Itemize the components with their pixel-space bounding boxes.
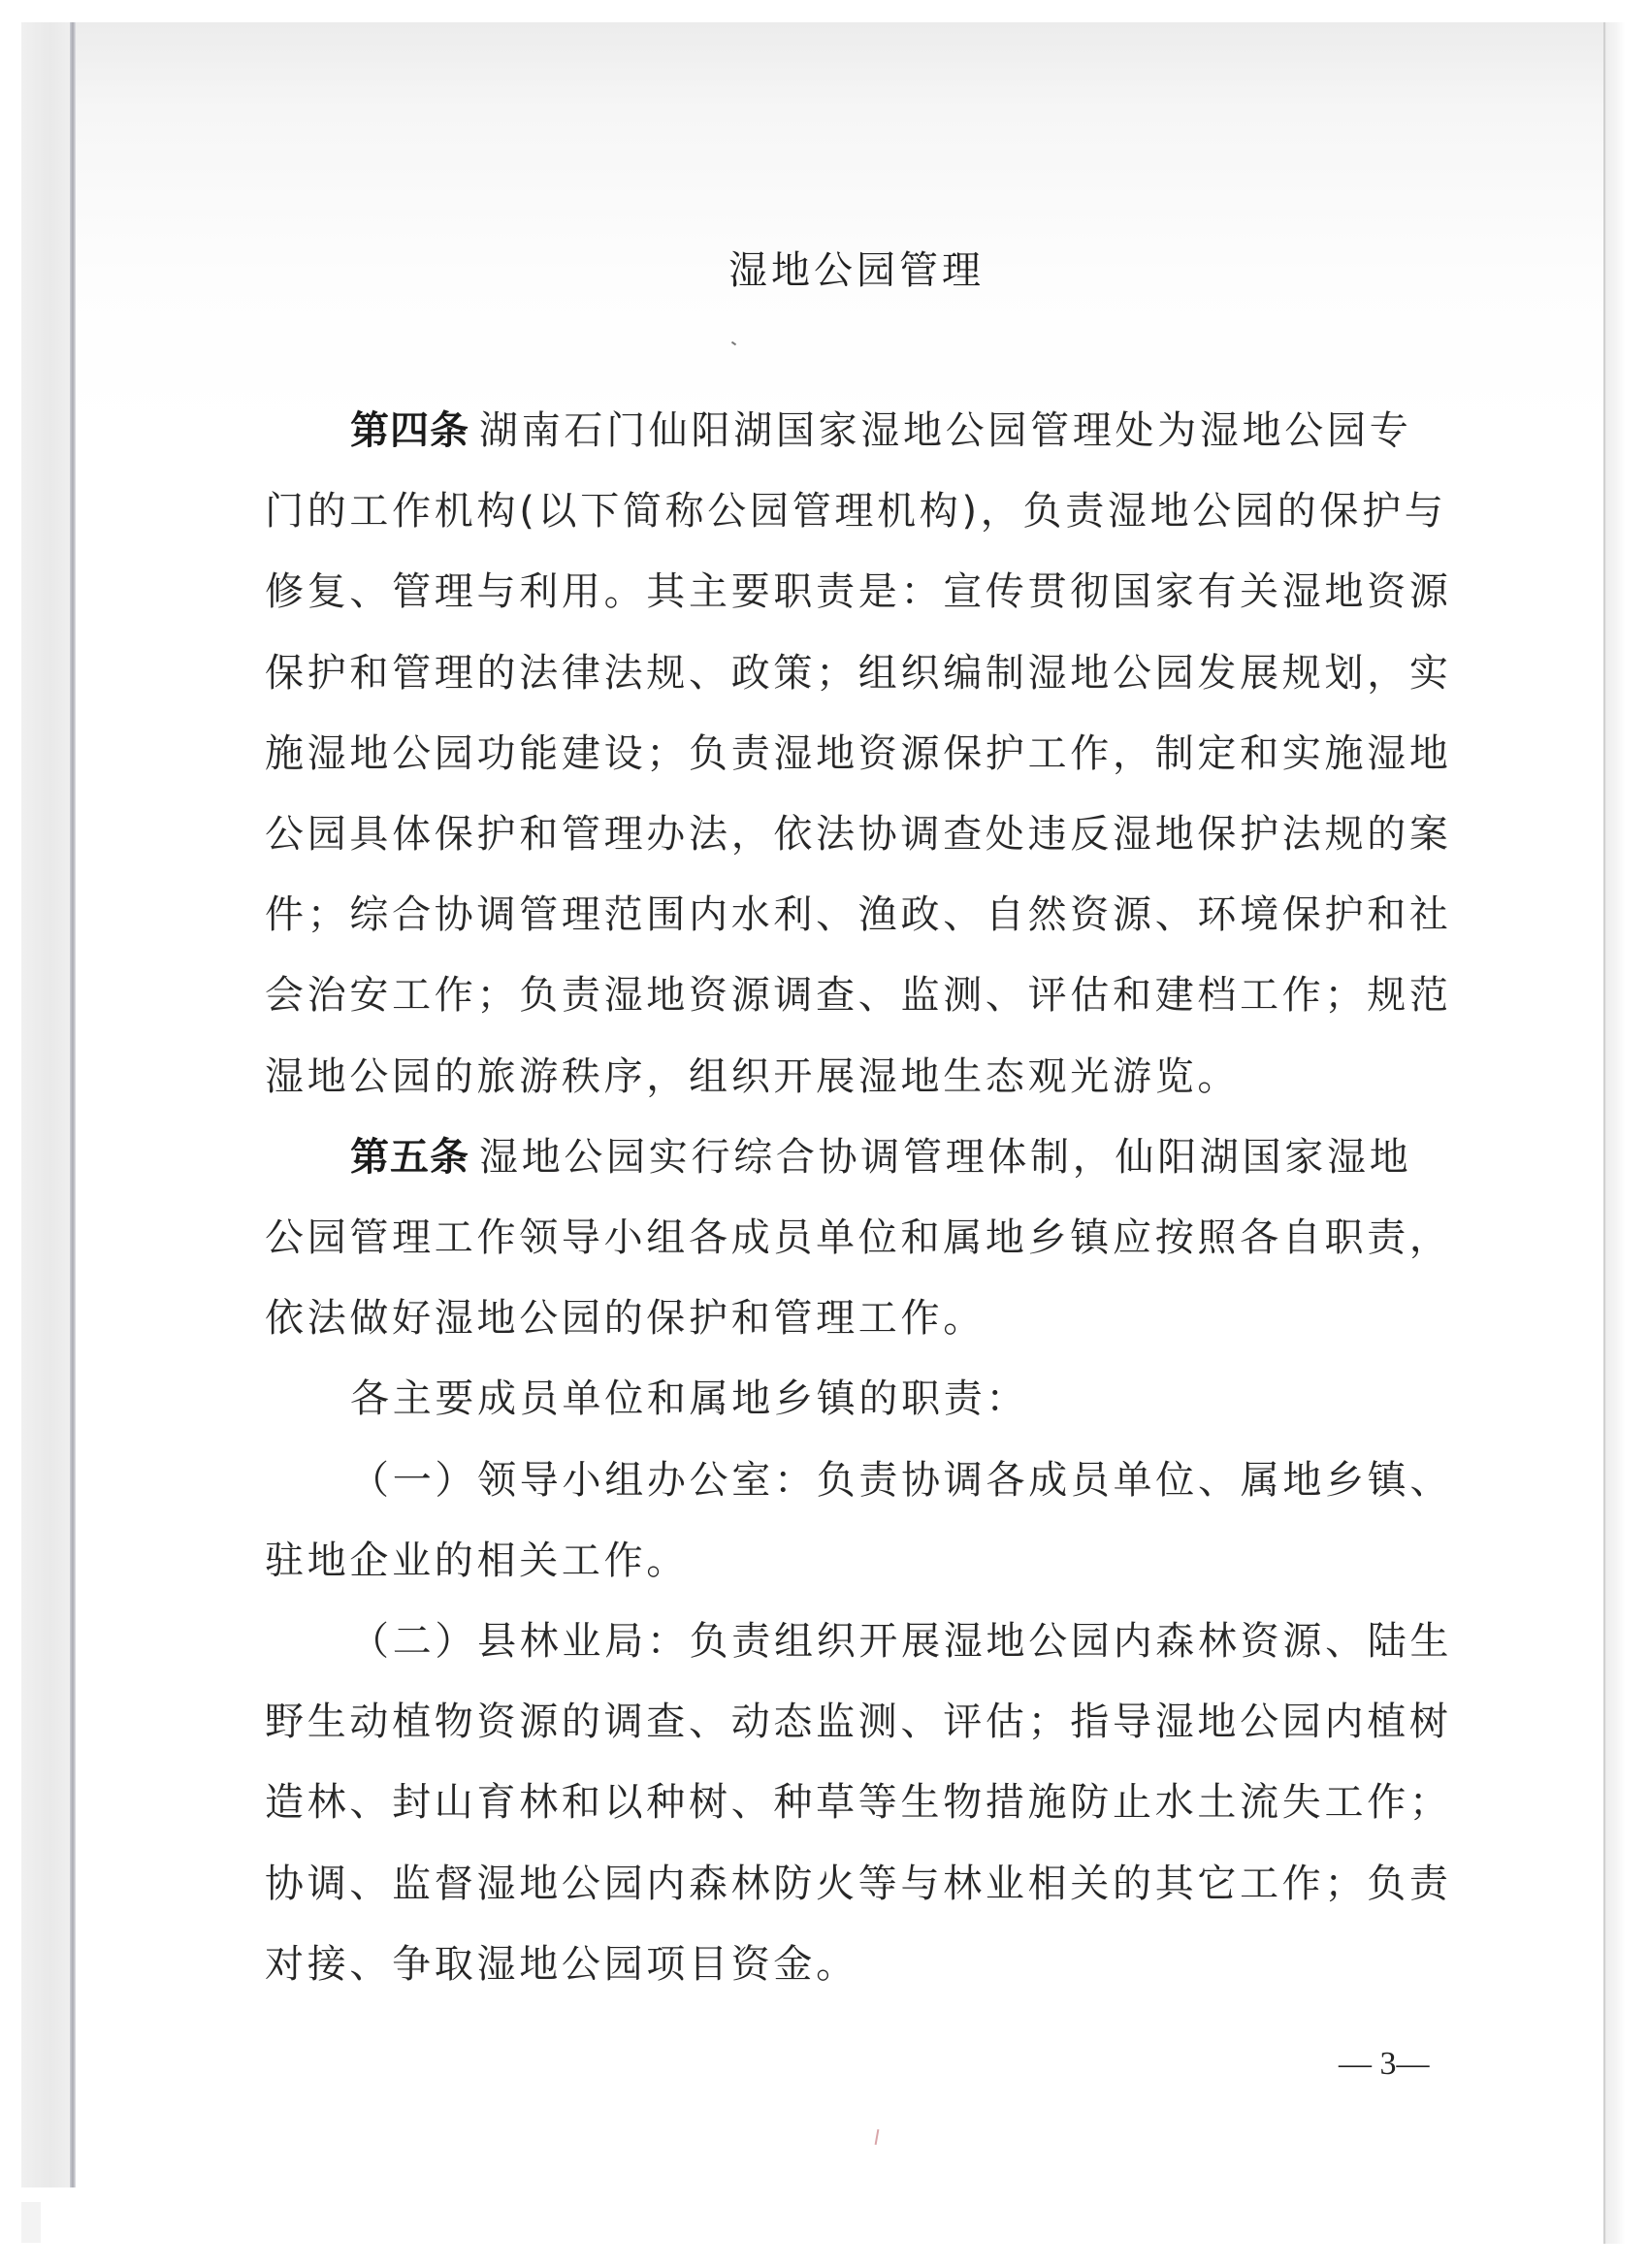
body-line: 会治安工作；负责湿地资源调查、监测、评估和建档工作；规范 [265,972,1452,1019]
body-line: 造林、封山育林和以种树、种草等生物措施防止水土流失工作； [265,1779,1452,1826]
body-line: 各主要成员单位和属地乡镇的职责： [350,1376,1028,1422]
line-text: 依法做好湿地公园的保护和管理工作。 [265,1296,986,1341]
line-text: 公园具体保护和管理办法，依法协调查处违反湿地保护法规的案 [265,812,1452,857]
body-line: 施湿地公园功能建设；负责湿地资源保护工作，制定和实施湿地 [265,730,1452,777]
body-line: 第五条湿地公园实行综合协调管理体制，仙阳湖国家湿地 [350,1134,1411,1181]
page-right-shadow [1603,22,1625,2244]
section-title: 湿地公园管理 [728,246,990,295]
line-text: 野生动植物资源的调查、动态监测、评估；指导湿地公园内植树 [265,1700,1452,1744]
line-text: 公园管理工作领导小组各成员单位和属地乡镇应按照各自职责， [265,1215,1452,1260]
line-text: 湖南石门仙阳湖国家湿地公园管理处为湿地公园专 [479,408,1411,453]
line-text: 对接、争取湿地公园项目资金。 [265,1942,858,1987]
page-right-edge [1603,22,1605,2244]
line-text: 修复、管理与利用。其主要职责是：宣传贯彻国家有关湿地资源 [265,569,1452,614]
body-line: 第四条湖南石门仙阳湖国家湿地公园管理处为湿地公园专 [350,407,1411,454]
article-number: 第四条 [350,408,469,453]
body-line: （一）领导小组办公室：负责协调各成员单位、属地乡镇、 [350,1457,1452,1504]
line-text: （一）领导小组办公室：负责协调各成员单位、属地乡镇、 [350,1458,1452,1503]
scanned-page [21,22,1625,2244]
body-line: 保护和管理的法律法规、政策；组织编制湿地公园发展规划，实 [265,650,1452,697]
body-line: 公园管理工作领导小组各成员单位和属地乡镇应按照各自职责， [265,1215,1452,1261]
line-text: 造林、封山育林和以种树、种草等生物措施防止水土流失工作； [265,1780,1452,1825]
body-line: 湿地公园的旅游秩序，组织开展湿地生态观光游览。 [265,1053,1240,1100]
line-text: 各主要成员单位和属地乡镇的职责： [350,1377,1028,1421]
body-line: 驻地企业的相关工作。 [265,1538,689,1584]
line-text: （二）县林业局：负责组织开展湿地公园内森林资源、陆生 [350,1619,1452,1664]
line-text: 施湿地公园功能建设；负责湿地资源保护工作，制定和实施湿地 [265,731,1452,776]
page-number: — 3— [1339,2045,1430,2084]
page-left-shadow-lower [21,2202,41,2243]
body-line: 协调、监督湿地公园内森林防火等与林业相关的其它工作；负责 [265,1861,1452,1907]
line-text: 协调、监督湿地公园内森林防火等与林业相关的其它工作；负责 [265,1862,1452,1906]
body-line: 野生动植物资源的调查、动态监测、评估；指导湿地公园内植树 [265,1699,1452,1745]
binding-edge-line [70,22,76,2187]
line-text: 保护和管理的法律法规、政策；组织编制湿地公园发展规划，实 [265,651,1452,696]
article-number: 第五条 [350,1135,469,1180]
body-line: 依法做好湿地公园的保护和管理工作。 [265,1295,986,1342]
body-line: 公园具体保护和管理办法，依法协调查处违反湿地保护法规的案 [265,811,1452,858]
body-line: 件；综合协调管理范围内水利、渔政、自然资源、环境保护和社 [265,891,1452,938]
body-line: 门的工作机构(以下简称公园管理机构)，负责湿地公园的保护与 [265,488,1447,535]
body-line: 修复、管理与利用。其主要职责是：宣传贯彻国家有关湿地资源 [265,568,1452,615]
line-text: 件；综合协调管理范围内水利、渔政、自然资源、环境保护和社 [265,892,1452,937]
line-text: 湿地公园实行综合协调管理体制，仙阳湖国家湿地 [479,1135,1411,1180]
line-text: 湿地公园的旅游秩序，组织开展湿地生态观光游览。 [265,1054,1240,1099]
line-text: 会治安工作；负责湿地资源调查、监测、评估和建档工作；规范 [265,973,1452,1018]
line-text: 门的工作机构(以下简称公园管理机构)，负责湿地公园的保护与 [265,489,1447,534]
body-line: （二）县林业局：负责组织开展湿地公园内森林资源、陆生 [350,1618,1452,1665]
page-left-shadow [21,22,70,2187]
body-line: 对接、争取湿地公园项目资金。 [265,1941,858,1988]
line-text: 驻地企业的相关工作。 [265,1539,689,1583]
